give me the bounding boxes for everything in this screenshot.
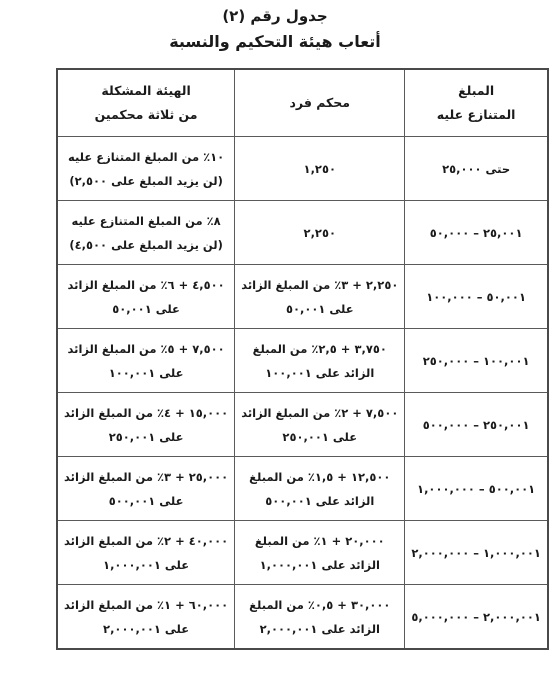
- cell-sole-arbitrator-fee: ٢,٢٥٠: [235, 201, 405, 265]
- arbitration-fees-table: المبلغ المتنازع عليه محكم فرد الهيئة الم…: [56, 68, 549, 650]
- table-row: ٢,٠٠٠,٠٠١ – ٥,٠٠٠,٠٠٠ ٣٠,٠٠٠ + ٠,٥٪ من ا…: [57, 585, 548, 650]
- header-three-member-panel: الهيئة المشكلة من ثلاثة محكمين: [57, 69, 235, 137]
- table-row: حتى ٢٥,٠٠٠ ١,٢٥٠ ١٠٪ من المبلغ المتنازع …: [57, 137, 548, 201]
- table-row: ١,٠٠٠,٠٠١ – ٢,٠٠٠,٠٠٠ ٢٠,٠٠٠ + ١٪ من الم…: [57, 521, 548, 585]
- cell-panel-fee: ٧,٥٠٠ + ٥٪ من المبلغ الزائد على ١٠٠,٠٠١: [57, 329, 235, 393]
- cell-amount: ٥٠٠,٠٠١ – ١,٠٠٠,٠٠٠: [405, 457, 548, 521]
- cell-sole-arbitrator-fee: ٣٠,٠٠٠ + ٠,٥٪ من المبلغ الزائد على ٢,٠٠٠…: [235, 585, 405, 650]
- table-number-title: جدول رقم (٢): [0, 4, 550, 28]
- header-disputed-amount: المبلغ المتنازع عليه: [405, 69, 548, 137]
- cell-panel-fee: ٤,٥٠٠ + ٦٪ من المبلغ الزائد على ٥٠,٠٠١: [57, 265, 235, 329]
- cell-sole-arbitrator-fee: ٢,٢٥٠ + ٣٪ من المبلغ الزائد على ٥٠,٠٠١: [235, 265, 405, 329]
- document-title-block: جدول رقم (٢) أتعاب هيئة التحكيم والنسبة: [0, 4, 550, 54]
- cell-panel-fee: ١٥,٠٠٠ + ٤٪ من المبلغ الزائد على ٢٥٠,٠٠١: [57, 393, 235, 457]
- table-row: ٥٠٠,٠٠١ – ١,٠٠٠,٠٠٠ ١٢,٥٠٠ + ١,٥٪ من الم…: [57, 457, 548, 521]
- table-row: ١٠٠,٠٠١ – ٢٥٠,٠٠٠ ٣,٧٥٠ + ٢,٥٪ من المبلغ…: [57, 329, 548, 393]
- cell-amount: ٢٥٠,٠٠١ – ٥٠٠,٠٠٠: [405, 393, 548, 457]
- table-caption: أتعاب هيئة التحكيم والنسبة: [0, 30, 550, 54]
- cell-sole-arbitrator-fee: ١٢,٥٠٠ + ١,٥٪ من المبلغ الزائد على ٥٠٠,٠…: [235, 457, 405, 521]
- header-sole-arbitrator: محكم فرد: [235, 69, 405, 137]
- cell-amount: حتى ٢٥,٠٠٠: [405, 137, 548, 201]
- cell-sole-arbitrator-fee: ٣,٧٥٠ + ٢,٥٪ من المبلغ الزائد على ١٠٠,٠٠…: [235, 329, 405, 393]
- table-header-row: المبلغ المتنازع عليه محكم فرد الهيئة الم…: [57, 69, 548, 137]
- cell-sole-arbitrator-fee: ٧,٥٠٠ + ٢٪ من المبلغ الزائد على ٢٥٠,٠٠١: [235, 393, 405, 457]
- table-row: ٢٥٠,٠٠١ – ٥٠٠,٠٠٠ ٧,٥٠٠ + ٢٪ من المبلغ ا…: [57, 393, 548, 457]
- cell-panel-fee: ٦٠,٠٠٠ + ١٪ من المبلغ الزائد على ٢,٠٠٠,٠…: [57, 585, 235, 650]
- cell-sole-arbitrator-fee: ٢٠,٠٠٠ + ١٪ من المبلغ الزائد على ١,٠٠٠,٠…: [235, 521, 405, 585]
- cell-panel-fee: ٨٪ من المبلغ المتنازع عليه (لن يزيد المب…: [57, 201, 235, 265]
- cell-amount: ٢,٠٠٠,٠٠١ – ٥,٠٠٠,٠٠٠: [405, 585, 548, 650]
- cell-panel-fee: ٤٠,٠٠٠ + ٢٪ من المبلغ الزائد على ١,٠٠٠,٠…: [57, 521, 235, 585]
- cell-sole-arbitrator-fee: ١,٢٥٠: [235, 137, 405, 201]
- cell-amount: ٥٠,٠٠١ – ١٠٠,٠٠٠: [405, 265, 548, 329]
- table-row: ٥٠,٠٠١ – ١٠٠,٠٠٠ ٢,٢٥٠ + ٣٪ من المبلغ ال…: [57, 265, 548, 329]
- cell-panel-fee: ٢٥,٠٠٠ + ٣٪ من المبلغ الزائد على ٥٠٠,٠٠١: [57, 457, 235, 521]
- cell-panel-fee: ١٠٪ من المبلغ المتنازع عليه (لن يزيد الم…: [57, 137, 235, 201]
- table-row: ٢٥,٠٠١ – ٥٠,٠٠٠ ٢,٢٥٠ ٨٪ من المبلغ المتن…: [57, 201, 548, 265]
- cell-amount: ١,٠٠٠,٠٠١ – ٢,٠٠٠,٠٠٠: [405, 521, 548, 585]
- cell-amount: ٢٥,٠٠١ – ٥٠,٠٠٠: [405, 201, 548, 265]
- cell-amount: ١٠٠,٠٠١ – ٢٥٠,٠٠٠: [405, 329, 548, 393]
